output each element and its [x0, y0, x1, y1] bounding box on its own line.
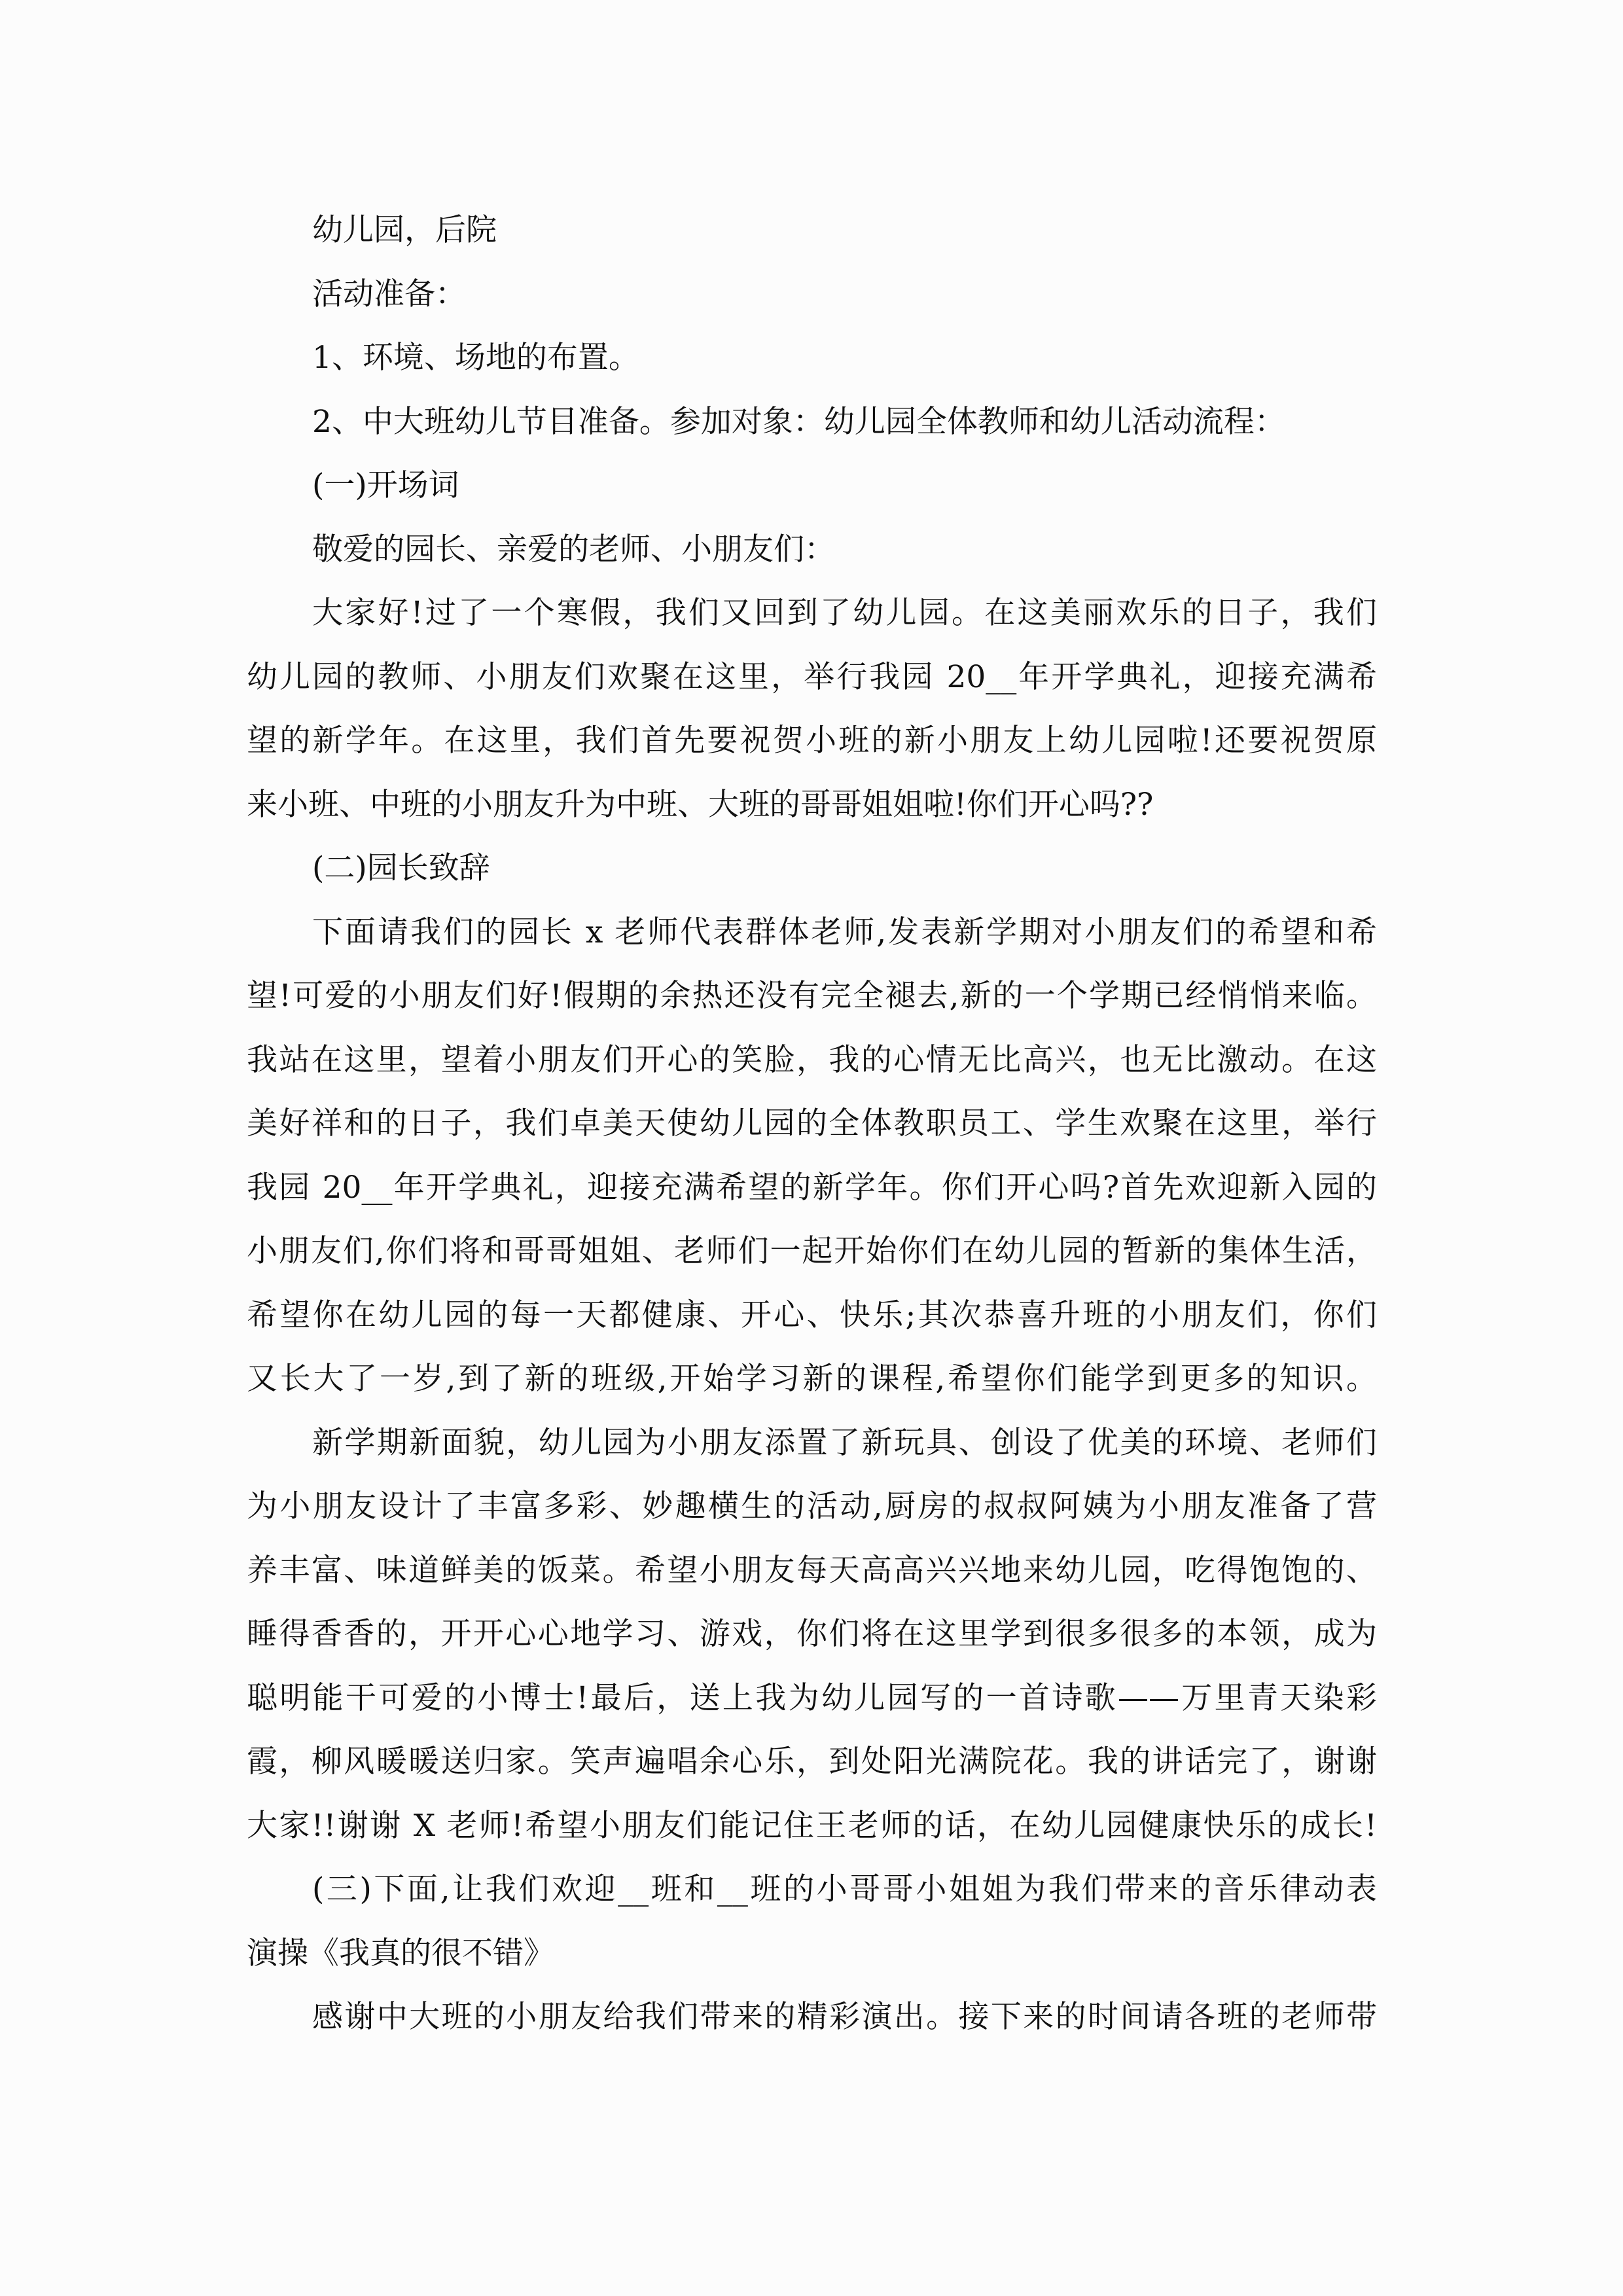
- paragraph-line: 为小朋友设计了丰富多彩、妙趣横生的活动,厨房的叔叔阿姨为小朋友准备了营: [247, 1483, 1377, 1547]
- document-page: 幼儿园，后院 活动准备： 1、环境、场地的布置。 2、中大班幼儿节目准备。参加对…: [0, 0, 1623, 2296]
- text-line-prep-item-2: 2、中大班幼儿节目准备。参加对象：幼儿园全体教师和幼儿活动流程：: [247, 399, 1377, 463]
- paragraph-line: 演操《我真的很不错》: [247, 1930, 1377, 1994]
- paragraph-line: 望的新学年。在这里，我们首先要祝贺小班的新小朋友上幼儿园啦!还要祝贺原: [247, 717, 1377, 781]
- text-line-prep-heading: 活动准备：: [247, 271, 1377, 335]
- paragraph-line: 希望你在幼儿园的每一天都健康、开心、快乐;其次恭喜升班的小朋友们，你们: [247, 1292, 1377, 1356]
- section-heading-principal-speech: (二)园长致辞: [247, 845, 1377, 909]
- paragraph-line: 望!可爱的小朋友们好!假期的余热还没有完全褪去,新的一个学期已经悄悄来临。: [247, 973, 1377, 1037]
- text-line-prep-item-1: 1、环境、场地的布置。: [247, 334, 1377, 399]
- section-heading-performance: (三)下面,让我们欢迎__班和__班的小哥哥小姐姐为我们带来的音乐律动表: [247, 1866, 1377, 1930]
- paragraph-line: 又长大了一岁,到了新的班级,开始学习新的课程,希望你们能学到更多的知识。: [247, 1355, 1377, 1420]
- paragraph-line: 感谢中大班的小朋友给我们带来的精彩演出。接下来的时间请各班的老师带: [247, 1994, 1377, 2058]
- paragraph-line: 美好祥和的日子，我们卓美天使幼儿园的全体教职员工、学生欢聚在这里，举行: [247, 1100, 1377, 1164]
- paragraph-line: 我站在这里，望着小朋友们开心的笑脸，我的心情无比高兴，也无比激动。在这: [247, 1037, 1377, 1101]
- paragraph-line: 大家好!过了一个寒假，我们又回到了幼儿园。在这美丽欢乐的日子，我们: [247, 590, 1377, 654]
- paragraph-line: 来小班、中班的小朋友升为中班、大班的哥哥姐姐啦!你们开心吗??: [247, 781, 1377, 846]
- text-line-venue: 幼儿园，后院: [247, 207, 1377, 271]
- document-body: 幼儿园，后院 活动准备： 1、环境、场地的布置。 2、中大班幼儿节目准备。参加对…: [247, 207, 1377, 2058]
- section-heading-opening: (一)开场词: [247, 462, 1377, 526]
- paragraph-line: 养丰富、味道鲜美的饭菜。希望小朋友每天高高兴兴地来幼儿园，吃得饱饱的、: [247, 1547, 1377, 1611]
- paragraph-line: 下面请我们的园长 x 老师代表群体老师,发表新学期对小朋友们的希望和希: [247, 909, 1377, 973]
- paragraph-line: 睡得香香的，开开心心地学习、游戏，你们将在这里学到很多很多的本领，成为: [247, 1611, 1377, 1675]
- paragraph-line: 大家!!谢谢 X 老师!希望小朋友们能记住王老师的话，在幼儿园健康快乐的成长!: [247, 1803, 1377, 1867]
- paragraph-line: 霞，柳风暖暖送归家。笑声遍唱余心乐，到处阳光满院花。我的讲话完了，谢谢: [247, 1738, 1377, 1803]
- text-line-salutation: 敬爱的园长、亲爱的老师、小朋友们：: [247, 526, 1377, 590]
- paragraph-line: 幼儿园的教师、小朋友们欢聚在这里，举行我园 20__年开学典礼，迎接充满希: [247, 654, 1377, 718]
- paragraph-line: 我园 20__年开学典礼，迎接充满希望的新学年。你们开心吗?首先欢迎新入园的: [247, 1164, 1377, 1229]
- paragraph-line: 小朋友们,你们将和哥哥姐姐、老师们一起开始你们在幼儿园的暂新的集体生活，: [247, 1228, 1377, 1292]
- paragraph-line: 聪明能干可爱的小博士!最后，送上我为幼儿园写的一首诗歌——万里青天染彩: [247, 1675, 1377, 1739]
- paragraph-line: 新学期新面貌，幼儿园为小朋友添置了新玩具、创设了优美的环境、老师们: [247, 1420, 1377, 1484]
